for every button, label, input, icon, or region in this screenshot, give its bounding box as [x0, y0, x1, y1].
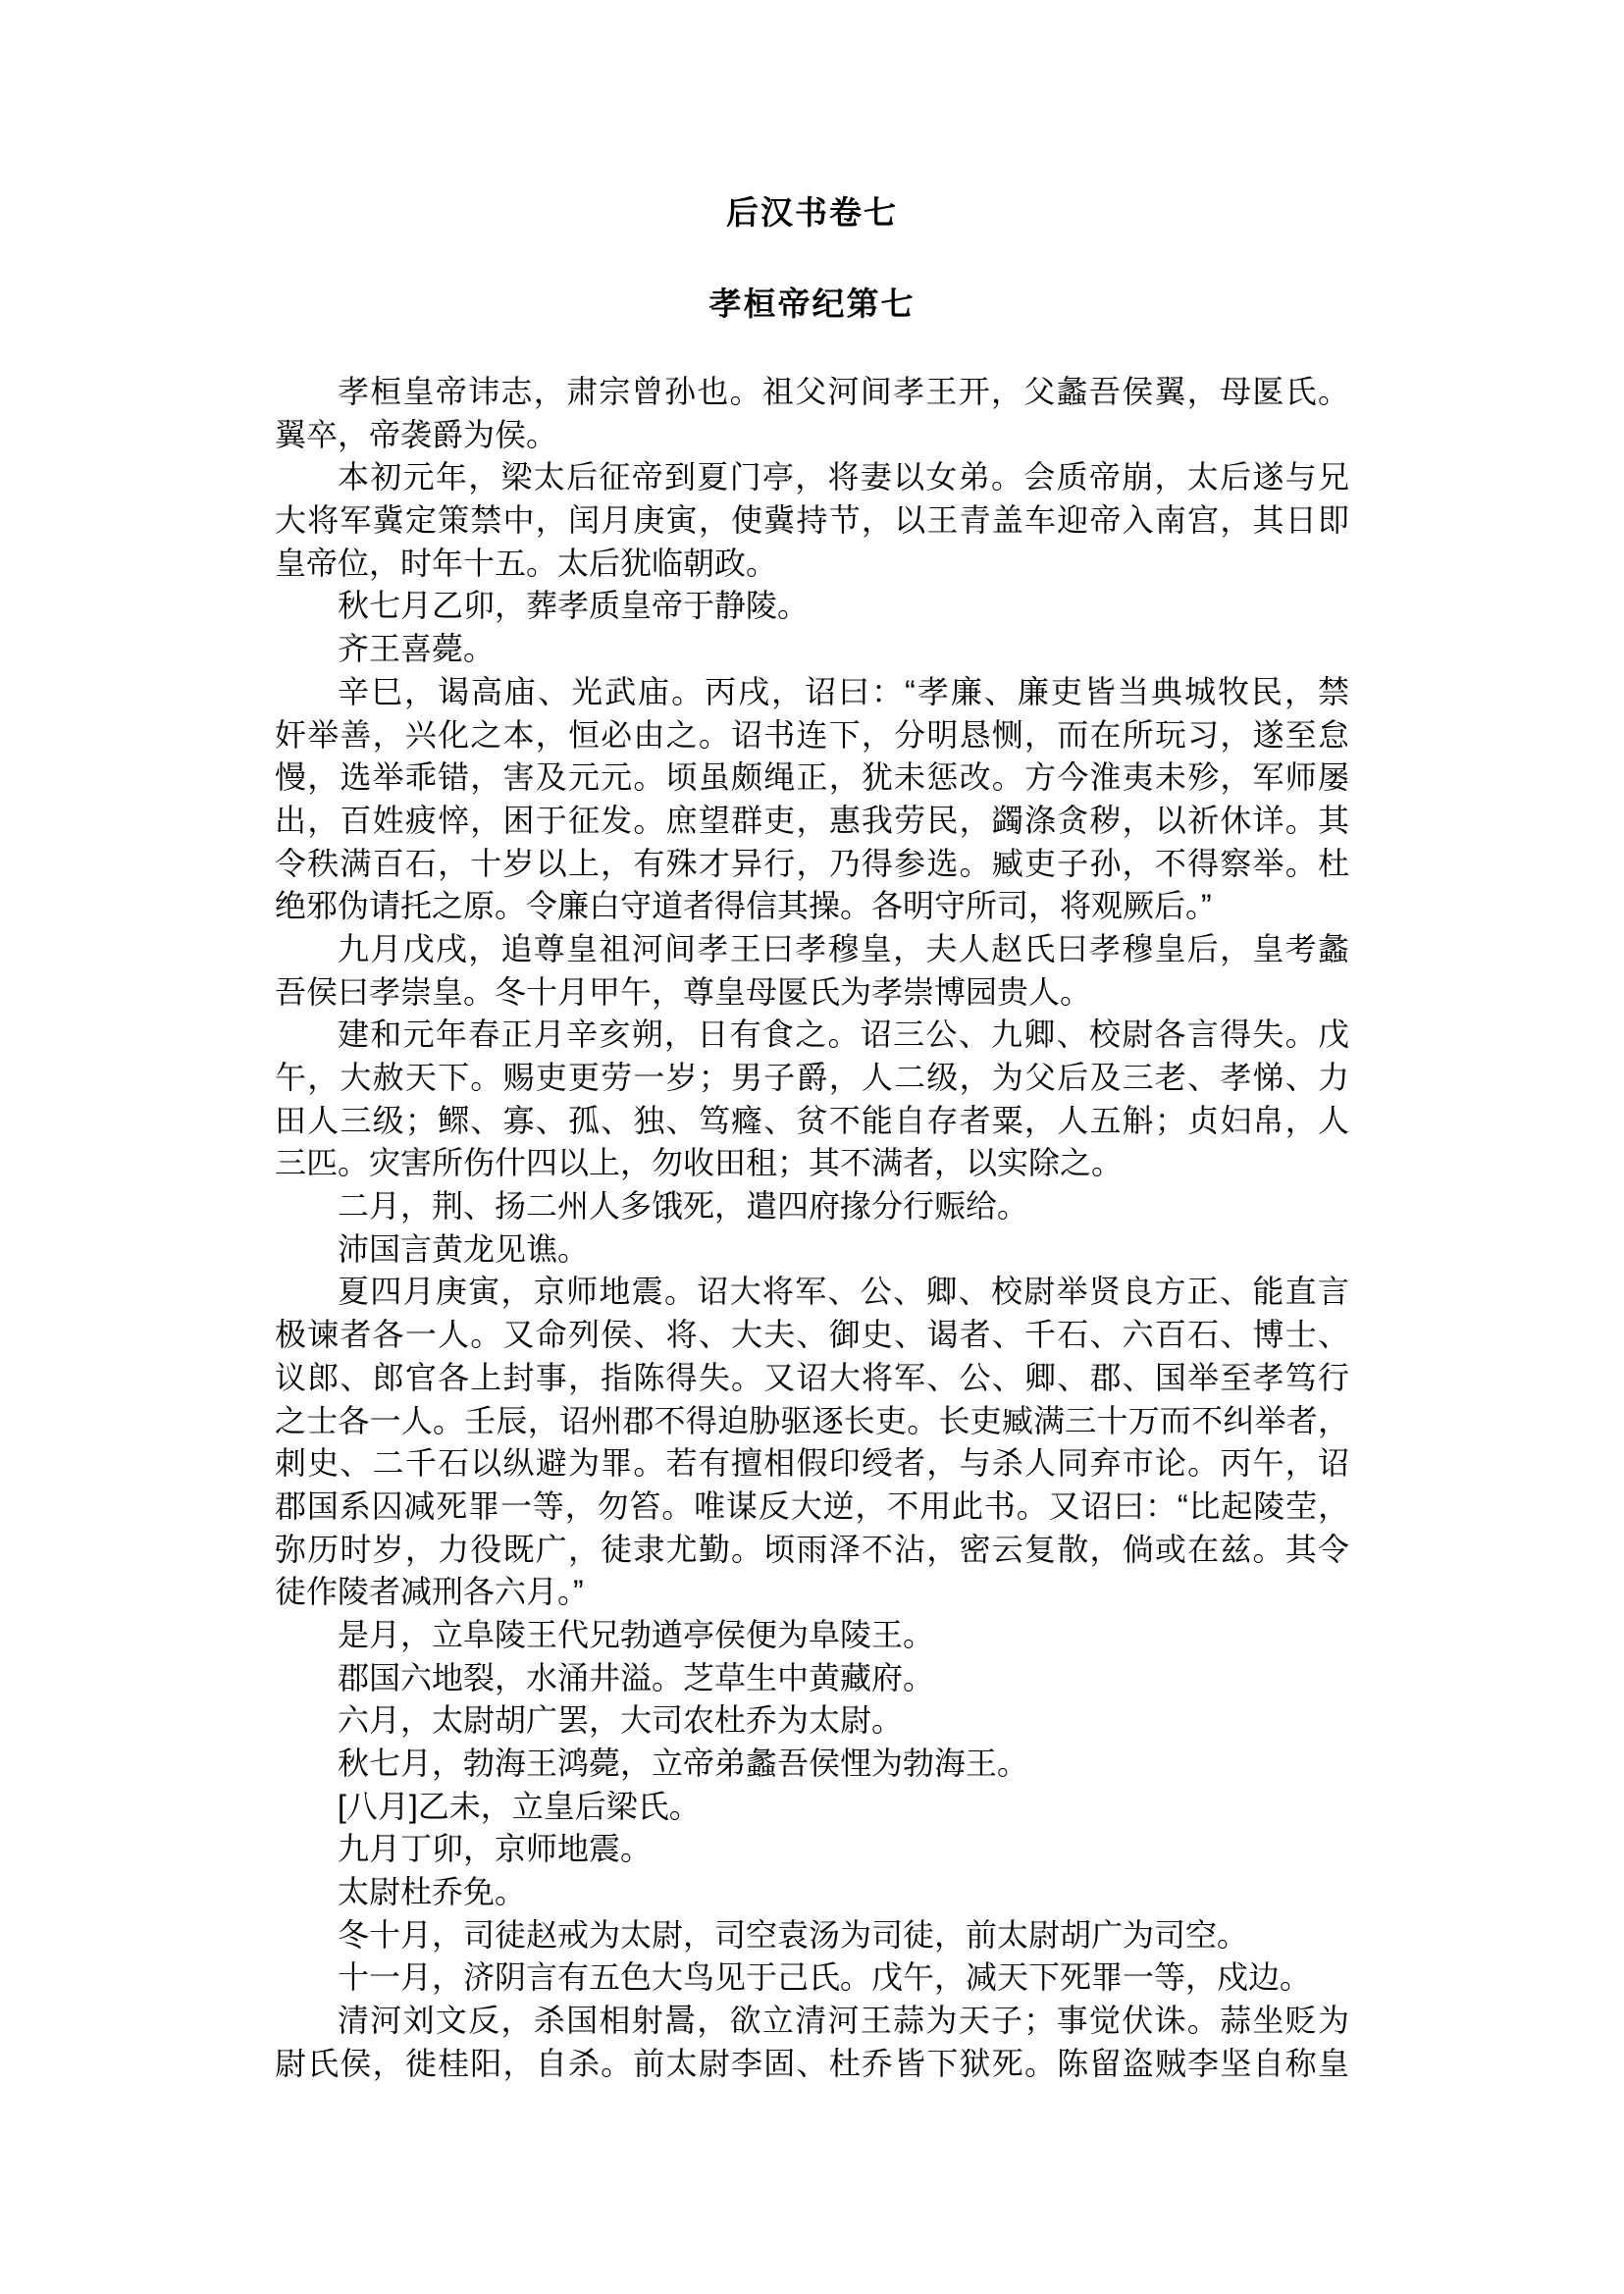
text-line: 奸举善，兴化之本，恒必由之。诏书连下，分明恳恻，而在所玩习，遂至怠 [275, 714, 1349, 757]
text-line: 议郎、郎官各上封事，指陈得失。又诏大将军、公、卿、郡、国举至孝笃行 [275, 1357, 1349, 1400]
text-line: 六月，太尉胡广罢，大司农杜乔为太尉。 [275, 1699, 1349, 1743]
text-line: 极谏者各一人。又命列侯、将、大夫、御史、谒者、千石、六百石、博士、 [275, 1314, 1349, 1357]
text-line: 本初元年，梁太后征帝到夏门亭，将妻以女弟。会质帝崩，太后遂与兄 [275, 456, 1349, 499]
text-line: 齐王喜薨。 [275, 628, 1349, 671]
text-line: 二月，荆、扬二州人多饿死，遣四府掾分行赈给。 [275, 1185, 1349, 1228]
document-body: 孝桓皇帝讳志，肃宗曾孙也。祖父河间孝王开，父蠡吾侯翼，母匽氏。 翼卒，帝袭爵为侯… [275, 371, 1349, 2086]
text-line: 吾侯曰孝崇皇。冬十月甲午，尊皇母匽氏为孝崇博园贵人。 [275, 971, 1349, 1015]
text-line: 午，大赦天下。赐吏更劳一岁；男子爵，人二级，为父后及三老、孝悌、力 [275, 1057, 1349, 1100]
document-page: 后汉书卷七 孝桓帝纪第七 孝桓皇帝讳志，肃宗曾孙也。祖父河间孝王开，父蠡吾侯翼，… [0, 0, 1624, 2294]
document-subtitle: 孝桓帝纪第七 [275, 283, 1349, 326]
text-line: 沛国言黄龙见谯。 [275, 1228, 1349, 1272]
text-line: 弥历时岁，力役既广，徒隶尤勤。顷雨泽不沾，密云复散，倘或在兹。其令 [275, 1529, 1349, 1572]
text-line: 夏四月庚寅，京师地震。诏大将军、公、卿、校尉举贤良方正、能直言 [275, 1271, 1349, 1314]
text-line: 郡国六地裂，水涌井溢。芝草生中黄藏府。 [275, 1657, 1349, 1700]
text-line: 田人三级；鳏、寡、孤、独、笃癃、贫不能自存者粟，人五斛；贞妇帛，人 [275, 1100, 1349, 1143]
text-line: 是月，立阜陵王代兄勃遒亭侯便为阜陵王。 [275, 1614, 1349, 1657]
text-line: 辛巳，谒高庙、光武庙。丙戌，诏曰：“孝廉、廉吏皆当典城牧民，禁 [275, 671, 1349, 714]
text-line: 翼卒，帝袭爵为侯。 [275, 414, 1349, 457]
text-line: 之士各一人。壬辰，诏州郡不得迫胁驱逐长吏。长吏臧满三十万而不纠举者， [275, 1400, 1349, 1443]
text-line: 清河刘文反，杀国相射暠，欲立清河王蒜为天子；事觉伏诛。蒜坐贬为 [275, 2000, 1349, 2043]
text-line: 九月戊戌，追尊皇祖河间孝王曰孝穆皇，夫人赵氏曰孝穆皇后，皇考蠡 [275, 928, 1349, 971]
text-line: 秋七月乙卯，葬孝质皇帝于静陵。 [275, 585, 1349, 628]
text-line: [八月]乙未，立皇后梁氏。 [275, 1786, 1349, 1829]
text-line: 尉氏侯，徙桂阳，自杀。前太尉李固、杜乔皆下狱死。陈留盗贼李坚自称皇 [275, 2043, 1349, 2086]
text-line: 出，百姓疲悴，困于征发。庶望群吏，惠我劳民，蠲涤贪秽，以祈休详。其 [275, 800, 1349, 843]
text-line: 九月丁卯，京师地震。 [275, 1828, 1349, 1871]
text-line: 慢，选举乖错，害及元元。顷虽颇绳正，犹未惩改。方今淮夷未殄，军师屡 [275, 756, 1349, 800]
text-line: 秋七月，勃海王鸿薨，立帝弟蠡吾侯悝为勃海王。 [275, 1743, 1349, 1786]
text-line: 令秩满百石，十岁以上，有殊才异行，乃得参选。臧吏子孙，不得察举。杜 [275, 843, 1349, 886]
text-line: 太尉杜乔免。 [275, 1871, 1349, 1914]
document-title: 后汉书卷七 [275, 191, 1349, 235]
text-line: 绝邪伪请托之原。令廉白守道者得信其操。各明守所司，将观厥后。” [275, 885, 1349, 928]
text-line: 郡国系囚减死罪一等，勿笞。唯谋反大逆，不用此书。又诏曰：“比起陵茔， [275, 1486, 1349, 1529]
text-line: 皇帝位，时年十五。太后犹临朝政。 [275, 543, 1349, 586]
text-line: 孝桓皇帝讳志，肃宗曾孙也。祖父河间孝王开，父蠡吾侯翼，母匽氏。 [275, 371, 1349, 414]
text-line: 三匹。灾害所伤什四以上，勿收田租；其不满者，以实除之。 [275, 1142, 1349, 1185]
text-line: 十一月，济阴言有五色大鸟见于己氏。戊午，减天下死罪一等，戍边。 [275, 1956, 1349, 2000]
text-line: 大将军冀定策禁中，闰月庚寅，使冀持节，以王青盖车迎帝入南宫，其日即 [275, 499, 1349, 543]
text-line: 冬十月，司徒赵戒为太尉，司空袁汤为司徒，前太尉胡广为司空。 [275, 1914, 1349, 1957]
text-line: 徒作陵者减刑各六月。” [275, 1571, 1349, 1614]
text-line: 建和元年春正月辛亥朔，日有食之。诏三公、九卿、校尉各言得失。戊 [275, 1014, 1349, 1057]
text-line: 刺史、二千石以纵避为罪。若有擅相假印绶者，与杀人同弃市论。丙午，诏 [275, 1442, 1349, 1486]
